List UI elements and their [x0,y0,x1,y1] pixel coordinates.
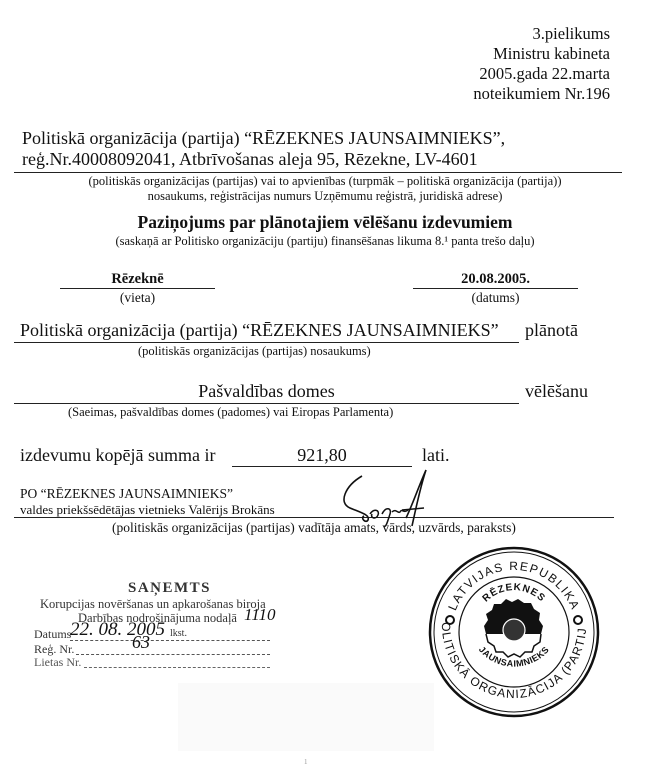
date-underline [413,288,578,289]
annex-line-2: Ministru kabineta [493,44,610,64]
organization-name: Politiskā organizācija (partija) “RĒZEKN… [22,128,505,149]
date-caption: (datums) [413,290,578,306]
signatory-org: PO “RĒZEKNES JAUNSAIMNIEKS” [20,486,233,502]
received-date-underline [70,640,270,641]
received-stamp-code: 1110 [244,605,275,625]
party-name-suffix: plānotā [525,320,578,341]
page-marker: 1 [304,758,308,766]
amount-prefix: izdevumu kopējā summa ir [20,445,215,466]
sunrise-emblem-icon [484,599,543,657]
received-reg-underline [76,654,270,655]
received-date-label: Datums [34,627,71,642]
place-caption: (vieta) [60,290,215,306]
received-date-value: 22. 08. 2005 [70,619,165,641]
election-type-underline [14,403,519,404]
amount-suffix: lati. [422,445,450,466]
place-underline [60,288,215,289]
party-name-value: Politiskā organizācija (partija) “RĒZEKN… [20,320,499,341]
svg-text:JAUNSAIMNIEKS: JAUNSAIMNIEKS [477,644,551,668]
organization-registration: reģ.Nr.40008092041, Atbrīvošanas aleja 9… [22,149,478,170]
organization-underline [14,172,622,173]
election-type-value: Pašvaldības domes [14,381,519,402]
amount-value: 921,80 [232,445,412,466]
received-case-label: Lietas Nr. [34,655,81,670]
party-name-caption: (politiskās organizācijas (partijas) nos… [138,344,371,359]
party-name-underline [14,342,519,343]
faint-scan-area [178,683,434,751]
received-stamp-title: SAŅEMTS [128,580,211,597]
party-seal: LATVIJAS REPUBLIKA POLITISKĀ ORGANIZĀCIJ… [424,542,604,722]
received-case-underline [84,667,270,668]
annex-line-3: 2005.gada 22.marta [479,64,610,84]
election-type-suffix: vēlēšanu [525,381,588,402]
received-reg-value: 63 [132,632,150,653]
organization-caption-2: nosaukums, reģistrācijas numurs Uzņēmumu… [0,189,650,204]
annex-line-4: noteikumiem Nr.196 [473,84,610,104]
seal-inner-bottom: JAUNSAIMNIEKS [477,644,551,668]
handwritten-signature [340,468,460,528]
election-type-caption: (Saeimas, pašvaldības domes (padomes) va… [68,405,393,420]
received-pages-label: lkst. [170,628,187,639]
place-value: Rēzeknē [60,271,215,288]
date-value: 20.08.2005. [413,271,578,288]
document-subtitle: (saskaņā ar Politisko organizāciju (part… [0,234,650,249]
signatory-position: valdes priekšsēdētājas vietnieks Valērij… [20,502,275,518]
document-title: Paziņojums par plānotajiem vēlēšanu izde… [0,212,650,233]
signatory-underline [14,517,614,518]
organization-caption-1: (politiskās organizācijas (partijas) vai… [0,174,650,189]
annex-line-1: 3.pielikums [533,24,610,44]
received-stamp-line-1: Korupcijas novēršanas un apkarošanas bir… [40,597,266,612]
amount-underline [232,466,412,467]
